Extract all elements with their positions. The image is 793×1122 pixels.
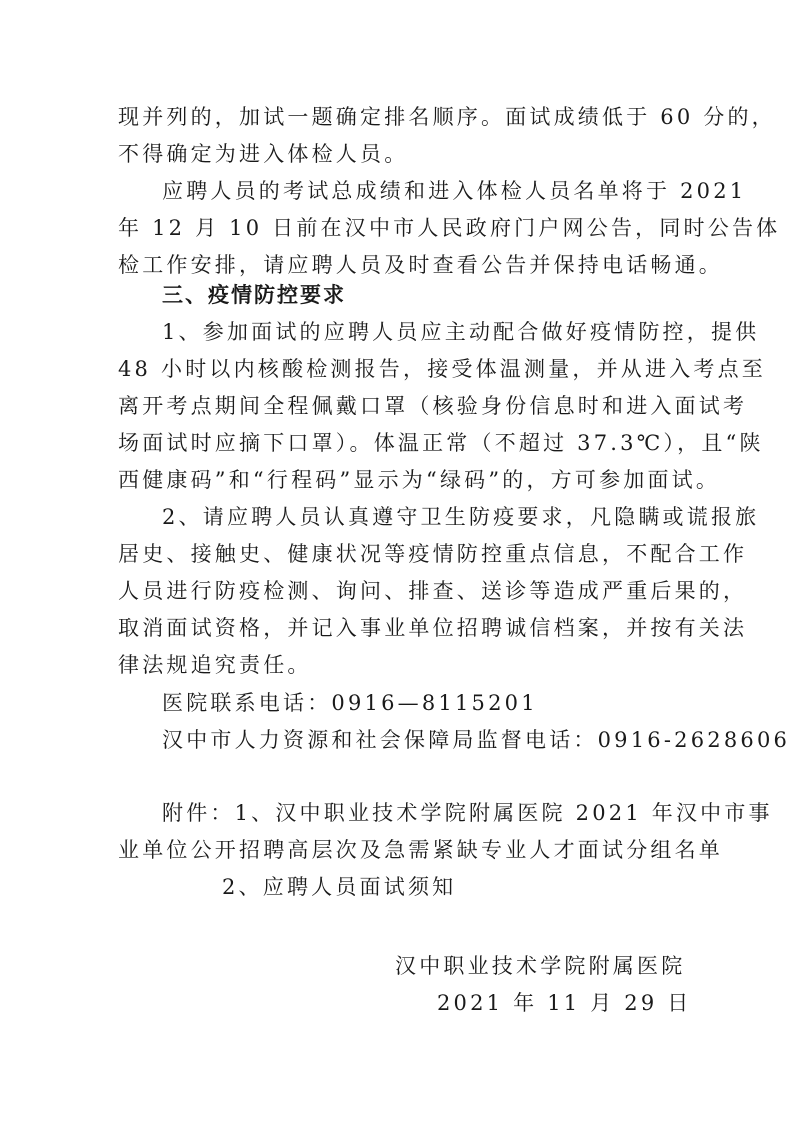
- signature-date: 2021 年 11 月 29 日: [437, 990, 697, 1016]
- paragraph-line: 现并列的，加试一题确定排名顺序。面试成绩低于 60 分的，: [118, 104, 678, 130]
- item1-line: 离开考点期间全程佩戴口罩（核验身份信息时和进入面试考: [118, 393, 678, 419]
- attachment-line: 2、应聘人员面试须知: [222, 874, 782, 900]
- paragraph-line: 应聘人员的考试总成绩和进入体检人员名单将于 2021: [162, 178, 722, 204]
- paragraph-line: 检工作安排，请应聘人员及时查看公告并保持电话畅通。: [118, 252, 678, 278]
- item2-line: 居史、接触史、健康状况等疫情防控重点信息，不配合工作: [118, 541, 678, 567]
- signature-organization: 汉中职业技术学院附属医院: [395, 953, 695, 979]
- attachment-line: 附件：1、汉中职业技术学院附属医院 2021 年汉中市事: [162, 800, 722, 826]
- item1-line: 1、参加面试的应聘人员应主动配合做好疫情防控，提供: [162, 319, 722, 345]
- document-page: 现并列的，加试一题确定排名顺序。面试成绩低于 60 分的， 不得确定为进入体检人…: [0, 0, 793, 1122]
- paragraph-line: 不得确定为进入体检人员。: [118, 141, 678, 167]
- item2-line: 人员进行防疫检测、询问、排查、送诊等造成严重后果的，: [118, 578, 678, 604]
- paragraph-line: 年 12 月 10 日前在汉中市人民政府门户网公告，同时公告体: [118, 215, 678, 241]
- item1-line: 西健康码”和“行程码”显示为“绿码”的，方可参加面试。: [118, 467, 678, 493]
- section-heading: 三、疫情防控要求: [162, 282, 722, 308]
- attachment-line: 业单位公开招聘高层次及急需紧缺专业人才面试分组名单: [118, 837, 678, 863]
- item1-line: 48 小时以内核酸检测报告，接受体温测量，并从进入考点至: [118, 356, 678, 382]
- item2-line: 取消面试资格，并记入事业单位招聘诚信档案，并按有关法: [118, 615, 678, 641]
- item2-line: 2、请应聘人员认真遵守卫生防疫要求，凡隐瞒或谎报旅: [162, 504, 722, 530]
- item2-line: 律法规追究责任。: [118, 652, 678, 678]
- item1-line: 场面试时应摘下口罩）。体温正常（不超过 37.3℃），且“陕: [118, 430, 678, 456]
- hospital-phone: 医院联系电话：0916—8115201: [162, 690, 722, 716]
- supervision-phone: 汉中市人力资源和社会保障局监督电话：0916-2628606: [162, 727, 722, 753]
